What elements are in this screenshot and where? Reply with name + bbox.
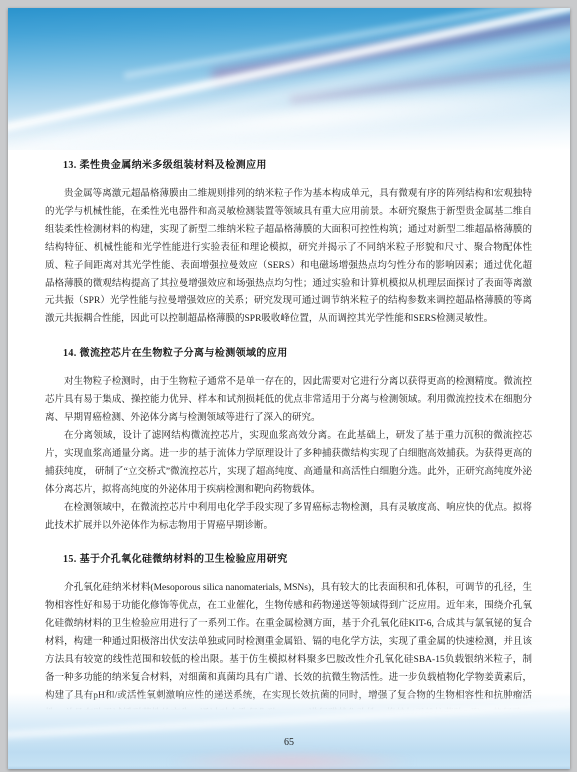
page-number: 65 [8, 737, 570, 748]
section-13-heading: 13. 柔性贵金属纳米多级组装材料及检测应用 [63, 156, 532, 171]
document-page: 13. 柔性贵金属纳米多级组装材料及检测应用 贵金属等离激元超晶格薄膜由二维规则… [8, 8, 570, 769]
section-14-heading: 14. 微流控芯片在生物粒子分离与检测领域的应用 [63, 344, 532, 359]
section-15-heading: 15. 基于介孔氧化硅微纳材料的卫生检验应用研究 [63, 550, 532, 565]
footer-decorative-band: 65 [8, 693, 570, 769]
section-14-paragraph-1: 对生物粒子检测时，由于生物粒子通常不是单一存在的，因此需要对它进行分离以获得更高… [45, 374, 532, 428]
page-content: 13. 柔性贵金属纳米多级组装材料及检测应用 贵金属等离激元超晶格薄膜由二维规则… [8, 150, 570, 742]
section-13-paragraph-1: 贵金属等离激元超晶格薄膜由二维规则排列的纳米粒子作为基本构成单元，具有微观有序的… [45, 186, 532, 329]
header-decorative-banner [8, 8, 570, 150]
section-14-paragraph-2: 在分离领域，设计了滤网结构微流控芯片，实现血浆高效分离。在此基础上，研发了基于重… [45, 428, 532, 500]
footer-pink-tint [165, 749, 418, 769]
section-14-paragraph-3: 在检测领域中，在微流控芯片中利用电化学手段实现了多胃癌标志物检测，具有灵敏度高、… [45, 500, 532, 536]
